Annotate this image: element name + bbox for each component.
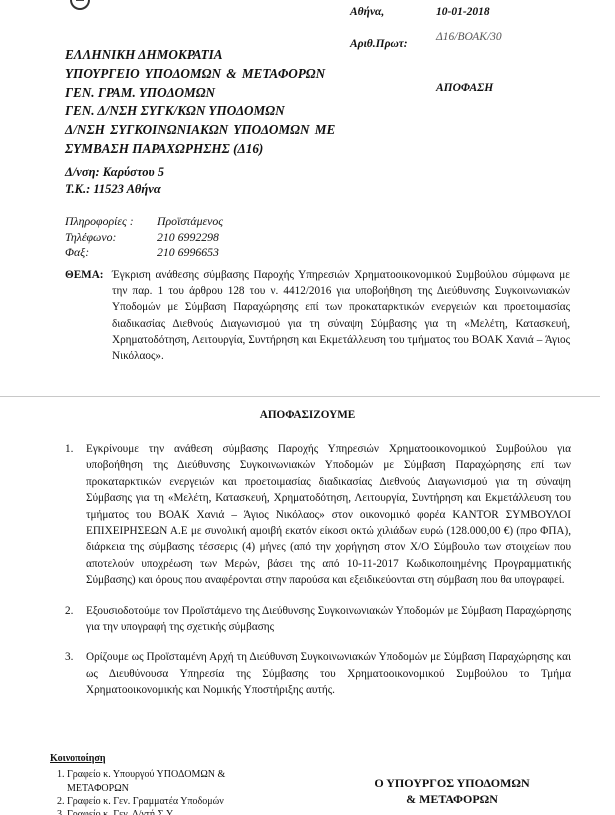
- document-type: ΑΠΟΦΑΣΗ: [436, 82, 493, 94]
- distribution-block: Κοινοποίηση Γραφείο κ. Υπουργού ΥΠΟΔΟΜΩΝ…: [50, 752, 257, 815]
- issuer-line: ΥΠΟΥΡΓΕΙΟ ΥΠΟΔΟΜΩΝ & ΜΕΤΑΦΟΡΩΝ: [65, 65, 335, 84]
- contact-value: Προϊστάμενος: [157, 214, 223, 230]
- section-divider: [0, 396, 600, 397]
- item-number: 2.: [65, 603, 86, 636]
- document-date: 10-01-2018: [436, 6, 490, 18]
- distribution-item: Γραφείο κ. Γεν. Γραμματέα Υποδομών: [67, 795, 257, 808]
- decision-item: 2. Εξουσιοδοτούμε τον Προϊστάμενο της Δι…: [65, 603, 597, 636]
- issuer-line: ΣΥΜΒΑΣΗ ΠΑΡΑΧΩΡΗΣΗΣ (Δ16): [65, 140, 335, 159]
- issuer-block: ΕΛΛΗΝΙΚΗ ΔΗΜΟΚΡΑΤΙΑ ΥΠΟΥΡΓΕΙΟ ΥΠΟΔΟΜΩΝ &…: [65, 46, 335, 159]
- item-text: Εγκρίνουμε την ανάθεση σύμβασης Παροχής …: [86, 441, 571, 589]
- contact-label: Φαξ:: [65, 245, 157, 261]
- contact-row: Τηλέφωνο: 210 6992298: [65, 230, 223, 246]
- decision-item: 1. Εγκρίνουμε την ανάθεση σύμβασης Παροχ…: [65, 441, 597, 589]
- distribution-item: Γραφείο κ. Γεν. Δ/ντή Σ.Υ.: [67, 808, 257, 815]
- address-block: Δ/νση: Καρύστου 5 Τ.Κ.: 11523 Αθήνα: [65, 164, 164, 198]
- protocol-number: Δ16/ΒΟΑΚ/30: [436, 31, 502, 43]
- signature-block: Ο ΥΠΟΥΡΓΟΣ ΥΠΟΔΟΜΩΝ & ΜΕΤΑΦΟΡΩΝ: [352, 776, 552, 807]
- protocol-label: Αριθ.Πρωτ:: [350, 38, 408, 50]
- issuer-line: ΓΕΝ. ΓΡΑΜ. ΥΠΟΔΟΜΩΝ: [65, 84, 335, 103]
- subject-text: Έγκριση ανάθεσης σύμβασης Παροχής Υπηρεσ…: [112, 267, 570, 364]
- contact-value: 210 6992298: [157, 230, 219, 246]
- contact-block: Πληροφορίες : Προϊστάμενος Τηλέφωνο: 210…: [65, 214, 223, 261]
- signature-line: Ο ΥΠΟΥΡΓΟΣ ΥΠΟΔΟΜΩΝ: [352, 776, 552, 792]
- subject-block: ΘΕΜΑ: Έγκριση ανάθεσης σύμβασης Παροχής …: [65, 267, 595, 364]
- issuer-line: Δ/ΝΣΗ ΣΥΓΚΟΙΝΩΝΙΑΚΩΝ ΥΠΟΔΟΜΩΝ ΜΕ: [65, 121, 335, 140]
- contact-label: Τηλέφωνο:: [65, 230, 157, 246]
- decision-heading: ΑΠΟΦΑΣΙΖΟΥΜΕ: [0, 409, 615, 421]
- address-postal: Τ.Κ.: 11523 Αθήνα: [65, 181, 164, 198]
- place-label: Αθήνα,: [350, 6, 384, 18]
- decision-item: 3. Ορίζουμε ως Προϊσταμένη Αρχή τη Διεύθ…: [65, 649, 597, 698]
- distribution-item: Γραφείο κ. Υπουργού ΥΠΟΔΟΜΩΝ & ΜΕΤΑΦΟΡΩΝ: [67, 768, 257, 795]
- coat-of-arms-icon: [70, 0, 90, 10]
- subject-label: ΘΕΜΑ:: [65, 267, 90, 364]
- contact-row: Φαξ: 210 6996653: [65, 245, 223, 261]
- contact-label: Πληροφορίες :: [65, 214, 157, 230]
- issuer-line: ΓΕΝ. Δ/ΝΣΗ ΣΥΓΚ/ΚΩΝ ΥΠΟΔΟΜΩΝ: [65, 102, 335, 121]
- distribution-title: Κοινοποίηση: [50, 752, 257, 765]
- item-text: Εξουσιοδοτούμε τον Προϊστάμενο της Διεύθ…: [86, 603, 571, 636]
- contact-row: Πληροφορίες : Προϊστάμενος: [65, 214, 223, 230]
- contact-value: 210 6996653: [157, 245, 219, 261]
- decision-list: 1. Εγκρίνουμε την ανάθεση σύμβασης Παροχ…: [65, 441, 597, 715]
- item-number: 1.: [65, 441, 86, 589]
- issuer-line: ΕΛΛΗΝΙΚΗ ΔΗΜΟΚΡΑΤΙΑ: [65, 46, 335, 65]
- item-number: 3.: [65, 649, 86, 698]
- address-street: Δ/νση: Καρύστου 5: [65, 164, 164, 181]
- item-text: Ορίζουμε ως Προϊσταμένη Αρχή τη Διεύθυνσ…: [86, 649, 571, 698]
- signature-line: & ΜΕΤΑΦΟΡΩΝ: [352, 792, 552, 808]
- distribution-list: Γραφείο κ. Υπουργού ΥΠΟΔΟΜΩΝ & ΜΕΤΑΦΟΡΩΝ…: [50, 768, 257, 815]
